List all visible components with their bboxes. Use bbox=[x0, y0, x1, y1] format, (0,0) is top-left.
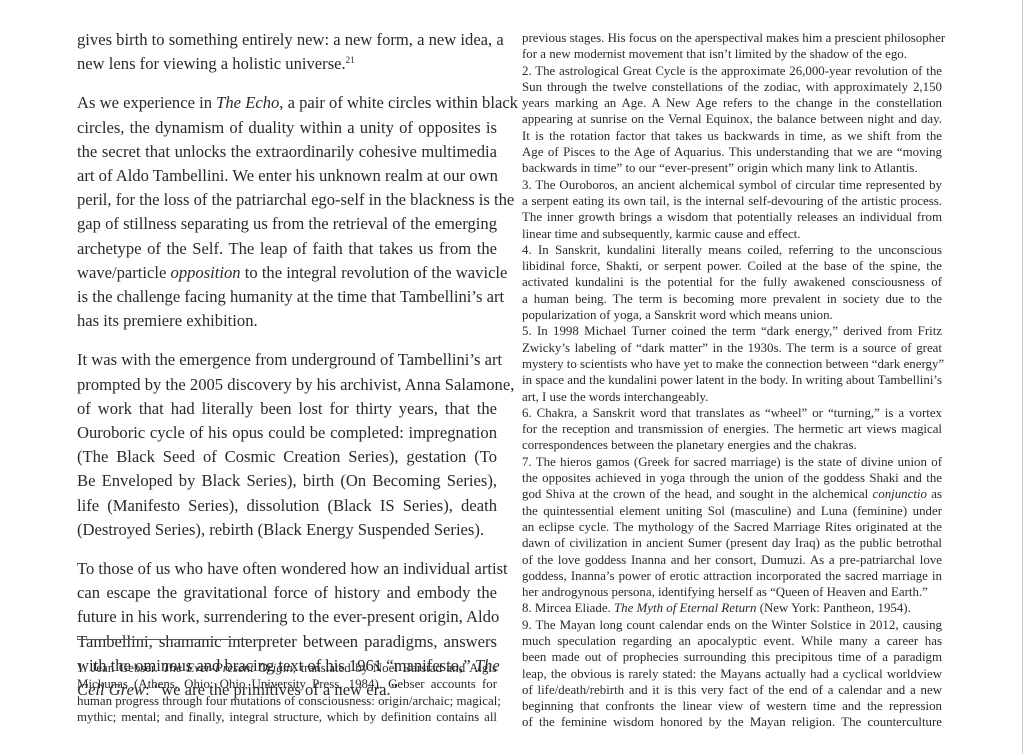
text-line: life (Manifesto Series), dissolution (Bl… bbox=[77, 494, 497, 518]
text-line: 2. The astrological Great Cycle is the a… bbox=[522, 63, 942, 79]
body-paragraph-2: As we experience in The Echo, a pair of … bbox=[77, 91, 497, 333]
text-line: previous stages. His focus on the apersp… bbox=[522, 30, 942, 46]
text-line: art of Aldo Tambellini. We enter his unk… bbox=[77, 164, 497, 188]
text-line: Tambellini, shamanic interpreter between… bbox=[77, 630, 497, 654]
text-line: of the feminine wisdom honored by the Ma… bbox=[522, 714, 942, 730]
text-line: god Shiva at the crown of the head, and … bbox=[522, 486, 942, 502]
text-line: Zwicky’s labeling of “dark matter” in th… bbox=[522, 340, 942, 356]
text-line: can escape the gravitational force of hi… bbox=[77, 581, 497, 605]
text-line: 5. In 1998 Michael Turner coined the ter… bbox=[522, 323, 942, 339]
text-line: mystery to scientists who have yet to ma… bbox=[522, 356, 942, 372]
text-line: has its premiere exhibition. bbox=[77, 309, 497, 333]
text-line: (The Black Seed of Cosmic Creation Serie… bbox=[77, 445, 497, 469]
text-line: mythic; mental; and finally, integral st… bbox=[77, 709, 497, 725]
text-line: popularization of yoga, a Sanskrit word … bbox=[522, 307, 942, 323]
footnote-1: 1. Jean Gebser. The Ever-Present Origin,… bbox=[77, 660, 497, 725]
text-line: linear time and subsequently, karmic cau… bbox=[522, 226, 942, 242]
text-line: 9. The Mayan long count calendar ends on… bbox=[522, 617, 942, 633]
text-line: peril, for the loss of the patriarchal e… bbox=[77, 188, 497, 212]
text-line: goddess, Inanna’s power of erotic attrac… bbox=[522, 568, 942, 584]
footnote-2: 2. The astrological Great Cycle is the a… bbox=[522, 63, 942, 177]
footnotes-left: 1. Jean Gebser. The Ever-Present Origin,… bbox=[77, 660, 497, 725]
footnote-7: 7. The hieros gamos (Greek for sacred ma… bbox=[522, 454, 942, 601]
text-line: a serpent eating its own tail, is the in… bbox=[522, 193, 942, 209]
text-line: It is the rotation factor that takes us … bbox=[522, 128, 942, 144]
text-line: archetype of the Self. The leap of faith… bbox=[77, 237, 497, 261]
footnote-reference: 21 bbox=[346, 55, 355, 65]
text-line: To those of us who have often wondered h… bbox=[77, 557, 497, 581]
text-line: years marking an Age. A New Age refers t… bbox=[522, 95, 942, 111]
text-line: libidinal force, Shakti, or serpent powe… bbox=[522, 258, 942, 274]
text-line: art, I use the words interchangeably. bbox=[522, 389, 942, 405]
text-line: a human being. The term is becoming more… bbox=[522, 291, 942, 307]
text-line: Ouroboric cycle of his opus could be com… bbox=[77, 421, 497, 445]
footnote-8: 8. Mircea Eliade. The Myth of Eternal Re… bbox=[522, 600, 942, 616]
text-line: gives birth to something entirely new: a… bbox=[77, 28, 497, 52]
body-paragraph-3: It was with the emergence from undergrou… bbox=[77, 348, 497, 542]
text-line: been made out of prophecies surrounding … bbox=[522, 649, 942, 665]
text-line: of the love goddess Inanna and her conso… bbox=[522, 552, 942, 568]
text-line: circles, the dynamism of duality within … bbox=[77, 116, 497, 140]
page-edge-line bbox=[1022, 0, 1023, 754]
footnote-1-continued: previous stages. His focus on the apersp… bbox=[522, 30, 942, 63]
body-text-column: gives birth to something entirely new: a… bbox=[77, 28, 497, 717]
text-line: 4. In Sanskrit, kundalini literally mean… bbox=[522, 242, 942, 258]
text-line: appearing at sunrise on the Vernal Equin… bbox=[522, 111, 942, 127]
text-line: Be Enveloped by Black Series), birth (On… bbox=[77, 469, 497, 493]
text-line: Age of Pisces to the Age of Aquarius. Th… bbox=[522, 144, 942, 160]
text-line: 8. Mircea Eliade. The Myth of Eternal Re… bbox=[522, 600, 942, 616]
text-line: in space and the kundalini power latent … bbox=[522, 372, 942, 388]
text-line: for a new modernist movement that isn’t … bbox=[522, 46, 942, 62]
text-line: (Destroyed Series), rebirth (Black Energ… bbox=[77, 518, 497, 542]
body-paragraph-1: gives birth to something entirely new: a… bbox=[77, 28, 497, 76]
text-line: of work that had literally been lost for… bbox=[77, 397, 497, 421]
footnote-6: 6. Chakra, a Sanskrit word that translat… bbox=[522, 405, 942, 454]
footnote-3: 3. The Ouroboros, an ancient alchemical … bbox=[522, 177, 942, 242]
text-line: her androgynous persona, identifying her… bbox=[522, 584, 942, 600]
text-line: future in his work, surrendering to the … bbox=[77, 605, 497, 629]
text-line: Sun through the twelve constellations of… bbox=[522, 79, 942, 95]
text-line: the secret that unlocks the extraordinar… bbox=[77, 140, 497, 164]
text-line: 6. Chakra, a Sanskrit word that translat… bbox=[522, 405, 942, 421]
text-line: prompted by the 2005 discovery by his ar… bbox=[77, 373, 497, 397]
text-line: As we experience in The Echo, a pair of … bbox=[77, 91, 497, 115]
text-line: 7. The hieros gamos (Greek for sacred ma… bbox=[522, 454, 942, 470]
text-line: correspondences between the planetary en… bbox=[522, 437, 942, 453]
text-line: the opposites achieved in yoga through t… bbox=[522, 470, 942, 486]
text-line: leap, the obvious is rarely stated: the … bbox=[522, 666, 942, 682]
text-line: 3. The Ouroboros, an ancient alchemical … bbox=[522, 177, 942, 193]
text-line: dawn of civilization in ancient Sumer (p… bbox=[522, 535, 942, 551]
text-line: for the reception and transmission of en… bbox=[522, 421, 942, 437]
text-line: is the challenge facing humanity at the … bbox=[77, 285, 497, 309]
text-line: an eclipse cycle. The mythology of the S… bbox=[522, 519, 942, 535]
text-line: activated kundalini is the potential for… bbox=[522, 274, 942, 290]
text-line: The inner growth brings a wisdom that po… bbox=[522, 209, 942, 225]
text-line: Mickunas (Athens, Ohio: Ohio University … bbox=[77, 676, 497, 692]
text-line: gap of stillness separating us from the … bbox=[77, 212, 497, 236]
text-line: wave/particle opposition to the integral… bbox=[77, 261, 497, 285]
footnote-separator-rule bbox=[77, 639, 249, 640]
text-line: backwards in time” to our “ever-present”… bbox=[522, 160, 942, 176]
text-line: the quintessential element uniting Sol (… bbox=[522, 503, 942, 519]
footnotes-right-column: previous stages. His focus on the apersp… bbox=[522, 30, 942, 731]
footnote-9: 9. The Mayan long count calendar ends on… bbox=[522, 617, 942, 731]
text-line: 1. Jean Gebser. The Ever-Present Origin,… bbox=[77, 660, 497, 676]
text-line: new lens for viewing a holistic universe… bbox=[77, 52, 497, 76]
footnote-4: 4. In Sanskrit, kundalini literally mean… bbox=[522, 242, 942, 323]
footnote-5: 5. In 1998 Michael Turner coined the ter… bbox=[522, 323, 942, 404]
text-line: beginning that confronts the linear view… bbox=[522, 698, 942, 714]
text-line: of life/death/rebirth and it is this ver… bbox=[522, 682, 942, 698]
text-line: It was with the emergence from undergrou… bbox=[77, 348, 497, 372]
text-line: much speculation regarding an apocalypti… bbox=[522, 633, 942, 649]
text-line: human progress through four mutations of… bbox=[77, 693, 497, 709]
